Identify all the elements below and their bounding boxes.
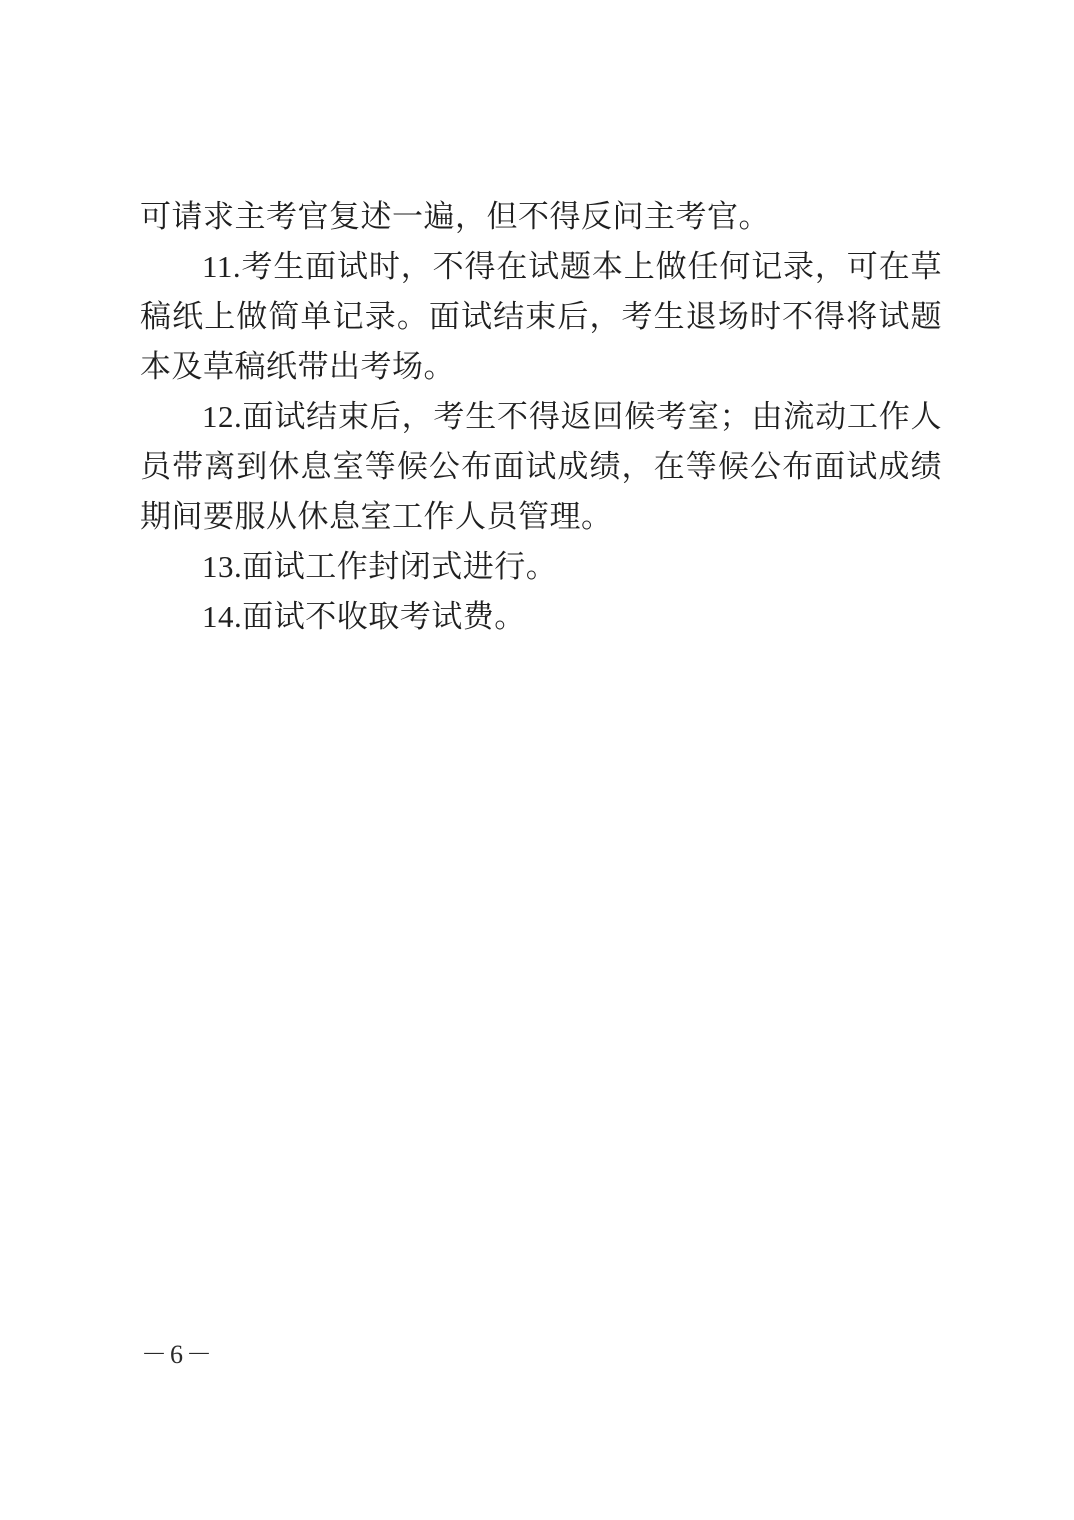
document-body: 可请求主考官复述一遍，但不得反问主考官。 11.考生面试时，不得在试题本上做任何… [140,192,942,642]
document-page: 可请求主考官复述一遍，但不得反问主考官。 11.考生面试时，不得在试题本上做任何… [0,0,1074,1520]
paragraph-item-13: 13.面试工作封闭式进行。 [140,542,942,592]
paragraph-item-12: 12.面试结束后，考生不得返回候考室；由流动工作人员带离到休息室等候公布面试成绩… [140,392,942,542]
paragraph-continuation: 可请求主考官复述一遍，但不得反问主考官。 [140,192,942,242]
paragraph-item-14: 14.面试不收取考试费。 [140,592,942,642]
page-number: －6－ [141,1334,215,1371]
paragraph-item-11: 11.考生面试时，不得在试题本上做任何记录，可在草稿纸上做简单记录。面试结束后，… [140,242,942,392]
